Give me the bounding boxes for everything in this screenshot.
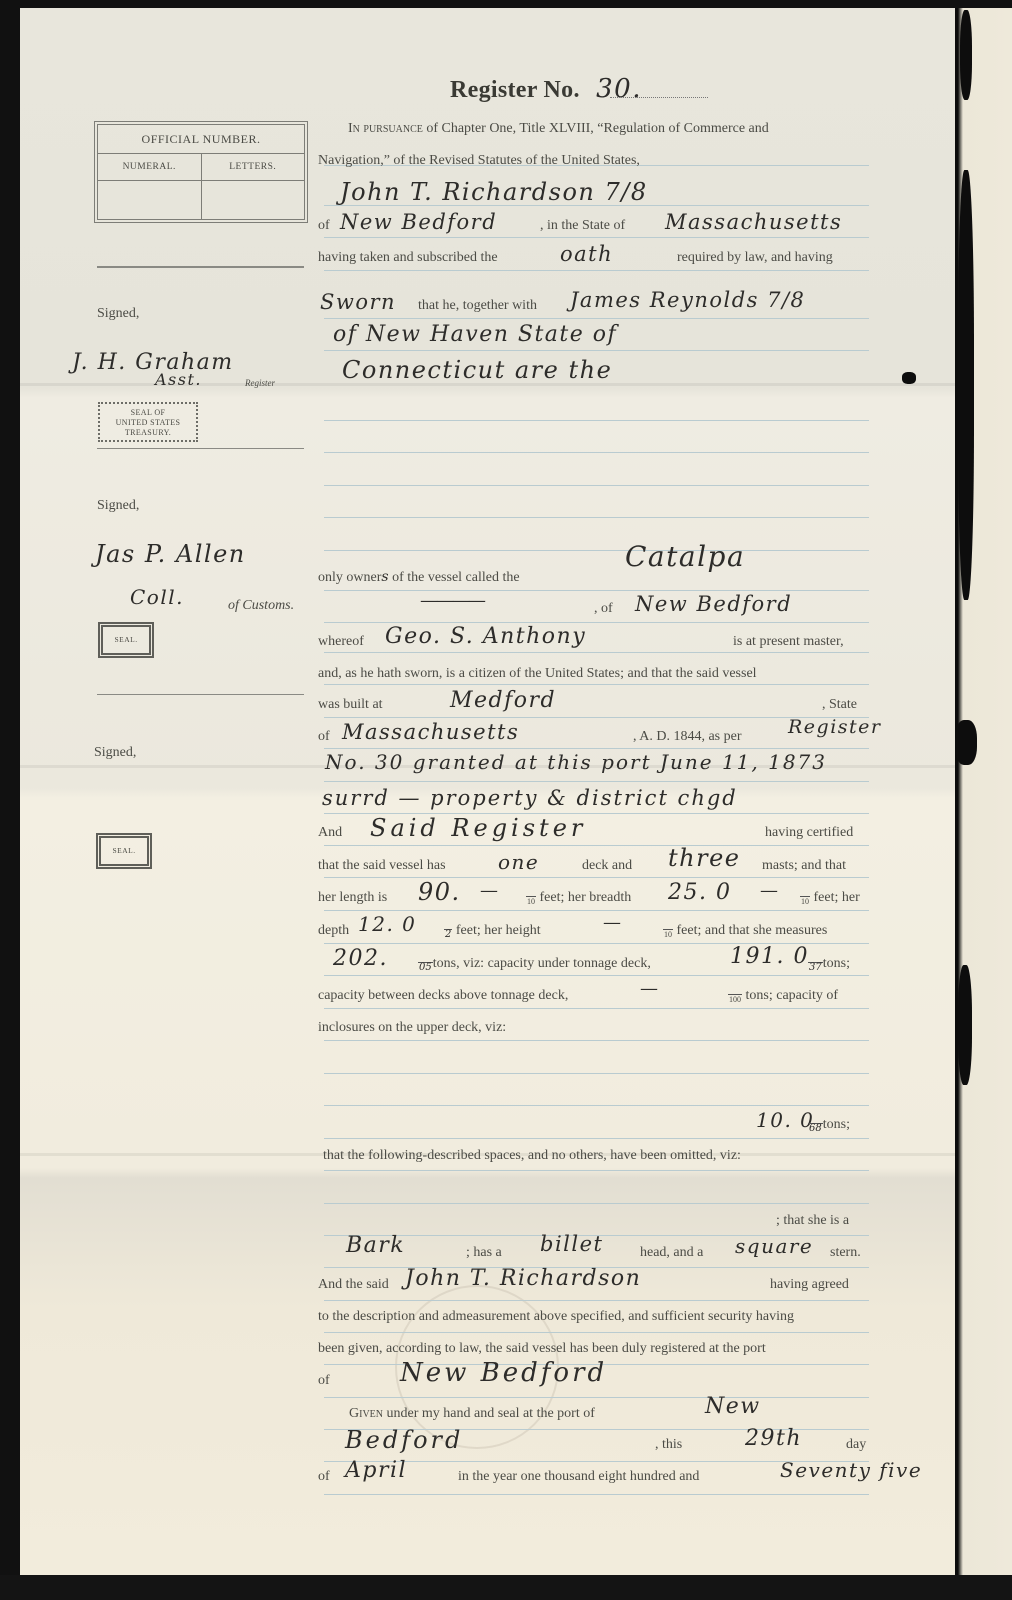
form-line [324, 877, 869, 878]
form-line [324, 1105, 869, 1106]
form-line [324, 517, 869, 518]
height-unit: 10 feet; and that she measures [663, 923, 827, 939]
seal-line: UNITED STATES [100, 418, 196, 428]
built-at-label: was built at [318, 697, 383, 713]
of-comma-label: , of [594, 601, 613, 617]
certifier: Said Register [370, 814, 586, 842]
form-line [324, 1073, 869, 1074]
of-vessel-text: of the vessel called the [392, 570, 520, 585]
only-owner-label: only owners of the vessel called the [318, 569, 520, 586]
damage-tear [958, 170, 974, 600]
between-unit: 100 tons; capacity of [728, 988, 838, 1004]
registered-port: New Bedford [400, 1358, 607, 1388]
form-line [324, 1203, 869, 1204]
depth-value: 12. 0 [358, 912, 416, 936]
together-with-label: that he, together with [418, 298, 537, 314]
citizen-line: and, as he hath sworn, is a citizen of t… [318, 666, 757, 682]
between-decks-value: — [640, 978, 660, 999]
day-label: day [846, 1437, 866, 1453]
total-hundredths: 05 [419, 962, 432, 973]
scan-border [0, 1575, 1012, 1600]
seal-line: TREASURY. [100, 428, 196, 438]
preamble-lead: In pursuance [348, 121, 423, 136]
collector-signature: Jas P. Allen [95, 540, 246, 568]
form-line [324, 652, 869, 653]
omitted-spaces-line: that the following-described spaces, and… [323, 1148, 741, 1164]
tenths-fraction: 10 [800, 896, 810, 906]
and-label: And [318, 825, 342, 841]
form-line [324, 550, 869, 551]
description-line: to the description and admeasurement abo… [318, 1309, 794, 1325]
form-line [324, 270, 869, 271]
rig-type: Bark [346, 1233, 405, 1258]
built-year: 1844 [673, 729, 701, 744]
height-tenths: — [603, 912, 623, 933]
decks-count: one [498, 850, 539, 874]
built-year-line: , A. D. 1844, as per [633, 729, 742, 745]
vessel-port: New Bedford [635, 592, 792, 616]
depth-tenths-fraction: 2 [444, 929, 452, 939]
this-label: , this [655, 1437, 682, 1453]
form-line [324, 237, 869, 238]
having-agreed-label: having agreed [770, 1277, 849, 1293]
owner-plural-mark: s [381, 569, 388, 585]
inclosure-hundredths-fraction: 68 [808, 1123, 823, 1133]
year-handwritten: Seventy five [780, 1458, 922, 1482]
tenths-fraction: 10 [663, 929, 673, 939]
register-number-line [610, 97, 708, 99]
numeral-header: NUMERAL. [98, 154, 202, 180]
masts-count: three [668, 844, 740, 872]
signed-label-3: Signed, [94, 745, 136, 761]
is-master-label: is at present master, [733, 634, 844, 650]
form-line [324, 1008, 869, 1009]
under-deck-unit: 37tons; [808, 956, 850, 972]
treasury-seal: SEAL OF UNITED STATES TREASURY. [98, 402, 198, 442]
ad-label: , A. D. [633, 729, 670, 744]
given-lead: Given [349, 1406, 383, 1421]
between-decks-label: capacity between decks above tonnage dec… [318, 988, 568, 1004]
length-label: her length is [318, 890, 387, 906]
numeral-field[interactable] [98, 181, 202, 219]
co-owner-location: of New Haven State of [333, 322, 617, 347]
collector-title: Coll. [130, 585, 184, 609]
vessel-has-label: that the said vessel has [318, 858, 446, 874]
that-she-is-label: ; that she is a [776, 1213, 849, 1229]
damage-tear [960, 10, 972, 100]
form-line [324, 452, 869, 453]
under-hundredths: 37 [809, 962, 822, 973]
form-line [324, 318, 869, 319]
register-number: 30. [596, 74, 642, 104]
depth-tenths: 2 [445, 929, 451, 940]
owner-name: John T. Richardson 7/8 [340, 178, 648, 206]
head-and-label: head, and a [640, 1245, 703, 1261]
damage-tear [902, 372, 916, 384]
length-value: 90. [418, 878, 461, 906]
inclosure-tonnage: 10. 0 [756, 1108, 814, 1132]
vessel-name: Catalpa [625, 540, 745, 573]
stern-type: square [735, 1234, 813, 1258]
inclosure-unit: 68tons; [808, 1117, 850, 1133]
preamble-line-1: In pursuance of Chapter One, Title XLVII… [348, 121, 769, 137]
of-customs-label: of Customs. [228, 598, 294, 614]
given-port-line-1: New [705, 1394, 761, 1419]
divider [97, 266, 304, 268]
given-rest: under my hand and seal at the port of [383, 1406, 595, 1421]
form-line [324, 1494, 869, 1495]
given-law-line: been given, according to law, the said v… [318, 1341, 766, 1357]
form-line [324, 781, 869, 782]
signed-label-1: Signed, [97, 306, 139, 322]
damage-tear [958, 965, 972, 1085]
feet-breadth-label: feet; her breadth [540, 890, 632, 905]
letters-field[interactable] [202, 181, 305, 219]
tons-viz-label: tons, viz: capacity under tonnage deck, [433, 956, 651, 971]
built-state: Massachusetts [342, 720, 519, 744]
head-type: billet [540, 1232, 603, 1256]
length-tenths: — [480, 880, 500, 901]
of-label-2: of [318, 729, 330, 745]
form-line [324, 1397, 869, 1398]
form-line [324, 1300, 869, 1301]
depth-label: depth [318, 923, 349, 939]
master-name: Geo. S. Anthony [385, 624, 586, 649]
form-line [324, 910, 869, 911]
deck-and-label: deck and [582, 858, 632, 874]
inclosures-label: inclosures on the upper deck, viz: [318, 1020, 506, 1036]
form-line [324, 845, 869, 846]
feet-height-label: feet; her height [456, 923, 541, 938]
year-text: in the year one thousand eight hundred a… [458, 1469, 699, 1485]
breadth-value: 25. 0 [668, 880, 731, 905]
signed-label-2: Signed, [97, 498, 139, 514]
month: April [345, 1458, 407, 1483]
divider [97, 694, 304, 695]
registrar-signature: J. H. Graham [72, 350, 234, 375]
owner-city: New Bedford [340, 210, 497, 234]
registrar-title: Asst. [155, 370, 202, 389]
hundredths-fraction: 100 [728, 994, 742, 1004]
official-number-box: OFFICIAL NUMBER. NUMERAL. LETTERS. [97, 124, 305, 220]
required-by-law-label: required by law, and having [677, 250, 833, 266]
as-per-label: , as per [701, 729, 741, 744]
divider [97, 448, 304, 449]
breadth-unit: 10 feet; her [800, 890, 860, 906]
form-line [324, 350, 869, 351]
total-hundredths-fraction: 05 [418, 962, 433, 972]
agreed-name: John T. Richardson [405, 1266, 641, 1291]
oath-value: oath [560, 242, 613, 266]
length-unit: 10 feet; her breadth [526, 890, 631, 906]
register-role-label: Register [245, 378, 275, 388]
seal-line: SEAL OF [100, 408, 196, 418]
blank-dash: ———— [420, 590, 484, 611]
form-line [324, 420, 869, 421]
seal-stamp: SEAL. [96, 833, 152, 869]
under-hundredths-fraction: 37 [808, 962, 823, 972]
tons-capacity-label: tons; capacity of [746, 988, 839, 1003]
and-said-label: And the said [318, 1277, 389, 1293]
depth-unit: 2 feet; her height [444, 923, 541, 939]
remark-line-2: surrd — property & district chgd [322, 786, 738, 810]
day-number: 29th [745, 1426, 802, 1451]
preamble-line-2: Navigation,” of the Revised Statutes of … [318, 153, 640, 169]
having-taken-label: having taken and subscribed the [318, 250, 498, 266]
form-line [324, 975, 869, 976]
masts-label: masts; and that [762, 858, 846, 874]
only-owner-text: only owner [318, 570, 381, 585]
of-label-3: of [318, 1373, 330, 1389]
sworn-value: Sworn [320, 290, 396, 314]
co-owner-name: James Reynolds 7/8 [570, 288, 805, 312]
feet-her-label: feet; her [814, 890, 860, 905]
stern-label: stern. [830, 1245, 861, 1261]
as-per-value: Register [788, 716, 882, 738]
remark-line-1: No. 30 granted at this port June 11, 187… [325, 750, 827, 774]
form-line [324, 485, 869, 486]
total-tonnage: 202. [333, 946, 388, 971]
whereof-label: whereof [318, 634, 364, 650]
damage-tear [955, 720, 977, 765]
form-line [324, 1040, 869, 1041]
state-label: , in the State of [540, 218, 625, 234]
feet-measures-label: feet; and that she measures [677, 923, 828, 938]
has-a-label: ; has a [466, 1245, 502, 1261]
official-number-heading: OFFICIAL NUMBER. [98, 125, 304, 154]
form-line [324, 590, 869, 591]
form-line [324, 1332, 869, 1333]
tenths-fraction: 10 [526, 896, 536, 906]
customs-seal: SEAL. [98, 622, 154, 658]
state-comma-label: , State [822, 697, 857, 713]
of-label-4: of [318, 1469, 330, 1485]
inclosure-hundredths: 68 [809, 1123, 822, 1134]
form-line [324, 622, 869, 623]
under-deck-tonnage: 191. 0 [730, 944, 809, 969]
having-certified-label: having certified [765, 825, 853, 841]
owner-state: Massachusetts [665, 210, 842, 234]
tons-end-label: tons; [823, 1117, 850, 1132]
given-port-line-2: Bedford [345, 1426, 463, 1454]
preamble-text: of Chapter One, Title XLVIII, “Regulatio… [423, 121, 769, 136]
form-line [324, 684, 869, 685]
form-line [324, 748, 869, 749]
built-place: Medford [450, 688, 556, 713]
form-line [324, 1170, 869, 1171]
letters-header: LETTERS. [202, 154, 305, 180]
page-title: Register No. 30. [450, 74, 642, 104]
title-text: Register No. [450, 77, 580, 103]
given-under-line: Given under my hand and seal at the port… [349, 1406, 595, 1422]
co-owner-state: Connecticut are the [342, 356, 612, 384]
breadth-tenths: — [760, 880, 780, 901]
tons-label: tons; [823, 956, 850, 971]
form-line [324, 1138, 869, 1139]
of-label: of [318, 218, 330, 234]
total-tonnage-unit: 05tons, viz: capacity under tonnage deck… [418, 956, 651, 972]
